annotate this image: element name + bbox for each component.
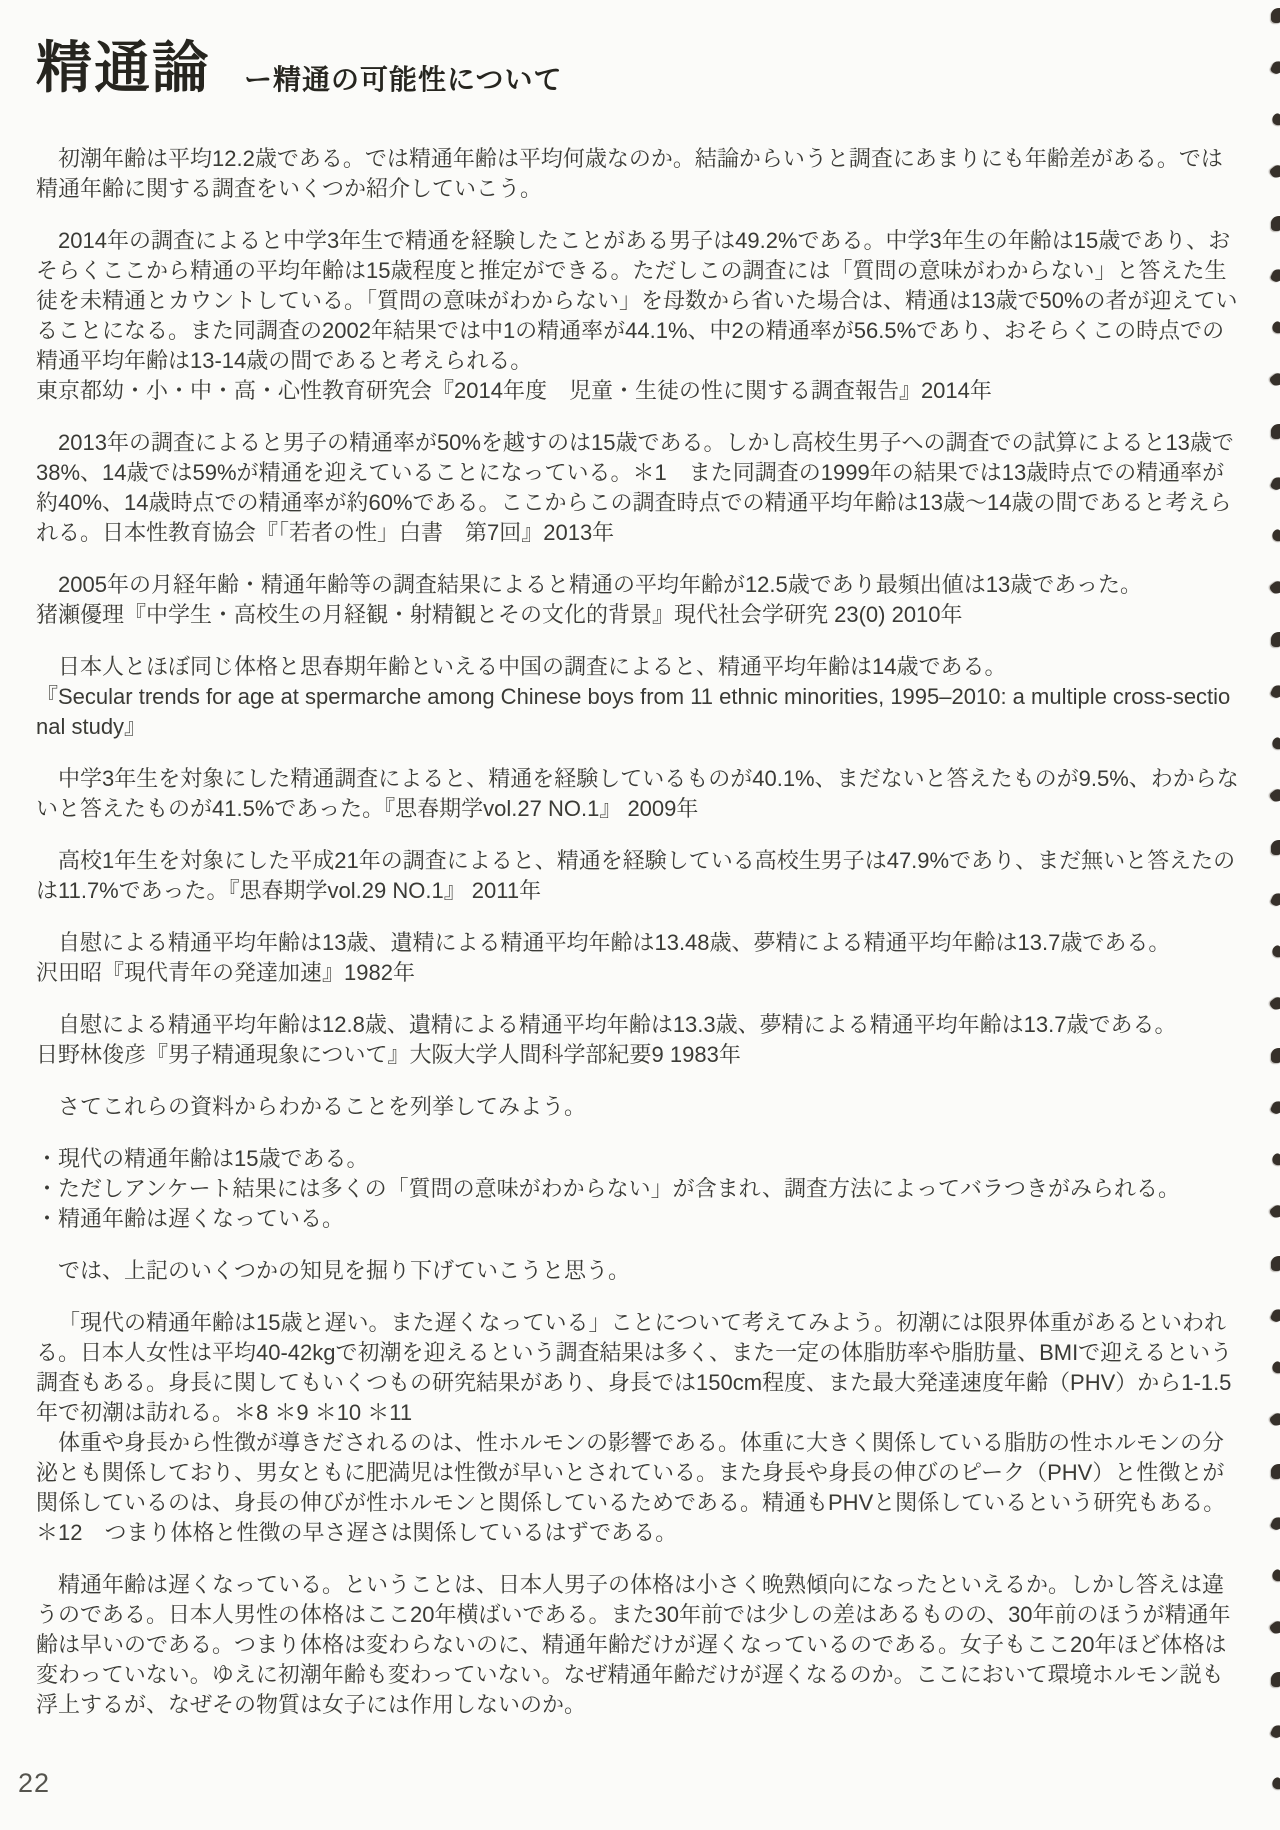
bullet-item: ・ただしアンケート結果には多くの「質問の意味がわからない」が含まれ、調査方法によ… — [36, 1174, 1242, 1204]
page-number: 22 — [18, 1768, 50, 1799]
body-paragraph: さてこれらの資料からわかることを列挙してみよう。 — [36, 1092, 1242, 1122]
citation-line: 『Secular trends for age at spermarche am… — [36, 682, 1242, 742]
citation-line: 東京都幼・小・中・高・心性教育研究会『2014年度 児童・生徒の性に関する調査報… — [36, 376, 1242, 406]
binding-hole-mark — [1271, 1776, 1280, 1791]
binding-hole-mark — [1268, 786, 1280, 804]
binding-hole-mark — [1271, 944, 1280, 959]
body-paragraph: 体重や身長から性徴が導きだされるのは、性ホルモンの影響である。体重に大きく関係し… — [36, 1428, 1242, 1548]
binding-hole-mark — [1271, 736, 1280, 751]
binding-hole-mark — [1271, 632, 1280, 647]
binding-hole-mark — [1268, 578, 1280, 596]
body-paragraph: 2014年の調査によると中学3年生で精通を経験したことがある男子は49.2%であ… — [36, 226, 1242, 376]
binding-hole-mark — [1271, 112, 1280, 127]
binding-hole-mark — [1268, 370, 1280, 388]
binding-hole-mark — [1270, 891, 1280, 908]
bullet-item: ・現代の精通年齢は15歳である。 — [36, 1144, 1242, 1174]
page-content: 精通論 ー精通の可能性について 初潮年齢は平均12.2歳である。では精通年齢は平… — [36, 30, 1242, 1720]
body-paragraph: では、上記のいくつかの知見を掘り下げていこうと思う。 — [36, 1256, 1242, 1286]
binding-hole-mark — [1271, 1048, 1280, 1063]
binding-hole-mark — [1270, 1099, 1280, 1116]
binding-hole-mark — [1270, 267, 1280, 284]
body-paragraph: 精通年齢は遅くなっている。ということは、日本人男子の体格は小さく晩熟傾向になった… — [36, 1570, 1242, 1720]
binding-hole-mark — [1268, 162, 1280, 180]
binding-hole-mark — [1270, 475, 1280, 492]
body-paragraph: 2005年の月経年齢・精通年齢等の調査結果によると精通の平均年齢が12.5歳であ… — [36, 570, 1242, 600]
binding-hole-mark — [1270, 1723, 1280, 1740]
article-header: 精通論 ー精通の可能性について — [36, 36, 1242, 100]
binding-hole-mark — [1271, 1256, 1280, 1271]
binding-hole-mark — [1271, 1464, 1280, 1479]
body-paragraph: 中学3年生を対象にした精通調査によると、精通を経験しているものが40.1%、まだ… — [36, 764, 1242, 824]
citation-line: 日野林俊彦『男子精通現象について』大阪大学人間科学部紀要9 1983年 — [36, 1040, 1242, 1070]
binding-hole-mark — [1271, 424, 1280, 439]
binding-hole-mark — [1271, 1672, 1280, 1687]
binding-hole-mark — [1270, 1515, 1280, 1532]
binding-hole-mark — [1270, 59, 1280, 76]
body-paragraph: 自慰による精通平均年齢は12.8歳、遺精による精通平均年齢は13.3歳、夢精によ… — [36, 1010, 1242, 1040]
binding-marks — [1260, 0, 1280, 1830]
body-paragraph: 高校1年生を対象にした平成21年の調査によると、精通を経験している高校生男子は4… — [36, 846, 1242, 906]
article-title: 精通論 — [36, 36, 210, 100]
article-subtitle: ー精通の可能性について — [244, 63, 562, 97]
binding-hole-mark — [1271, 320, 1280, 335]
binding-hole-mark — [1270, 1307, 1280, 1324]
citation-line: 猪瀬優理『中学生・高校生の月経観・射精観とその文化的背景』現代社会学研究 23(… — [36, 600, 1242, 630]
binding-hole-mark — [1268, 1410, 1280, 1428]
binding-hole-mark — [1270, 683, 1280, 700]
binding-hole-mark — [1268, 994, 1280, 1012]
body-paragraph: 2013年の調査によると男子の精通率が50%を越すのは15歳である。しかし高校生… — [36, 428, 1242, 548]
binding-hole-mark — [1271, 1152, 1280, 1167]
body-paragraph: 日本人とほぼ同じ体格と思春期年齢といえる中国の調査によると、精通平均年齢は14歳… — [36, 652, 1242, 682]
binding-hole-mark — [1271, 8, 1280, 23]
body-paragraph: 初潮年齢は平均12.2歳である。では精通年齢は平均何歳なのか。結論からいうと調査… — [36, 144, 1242, 204]
binding-hole-mark — [1268, 1202, 1280, 1220]
article-body: 初潮年齢は平均12.2歳である。では精通年齢は平均何歳なのか。結論からいうと調査… — [36, 144, 1242, 1720]
scanned-document-page: 精通論 ー精通の可能性について 初潮年齢は平均12.2歳である。では精通年齢は平… — [0, 0, 1280, 1830]
body-paragraph: 自慰による精通平均年齢は13歳、遺精による精通平均年齢は13.48歳、夢精による… — [36, 928, 1242, 958]
binding-hole-mark — [1271, 840, 1280, 855]
binding-hole-mark — [1271, 528, 1280, 543]
binding-hole-mark — [1271, 216, 1280, 231]
citation-line: 沢田昭『現代青年の発達加速』1982年 — [36, 958, 1242, 988]
binding-hole-mark — [1268, 1618, 1280, 1636]
binding-hole-mark — [1271, 1360, 1280, 1375]
body-paragraph: 「現代の精通年齢は15歳と遅い。また遅くなっている」ことについて考えてみよう。初… — [36, 1308, 1242, 1428]
binding-hole-mark — [1271, 1568, 1280, 1583]
bullet-item: ・精通年齢は遅くなっている。 — [36, 1204, 1242, 1234]
